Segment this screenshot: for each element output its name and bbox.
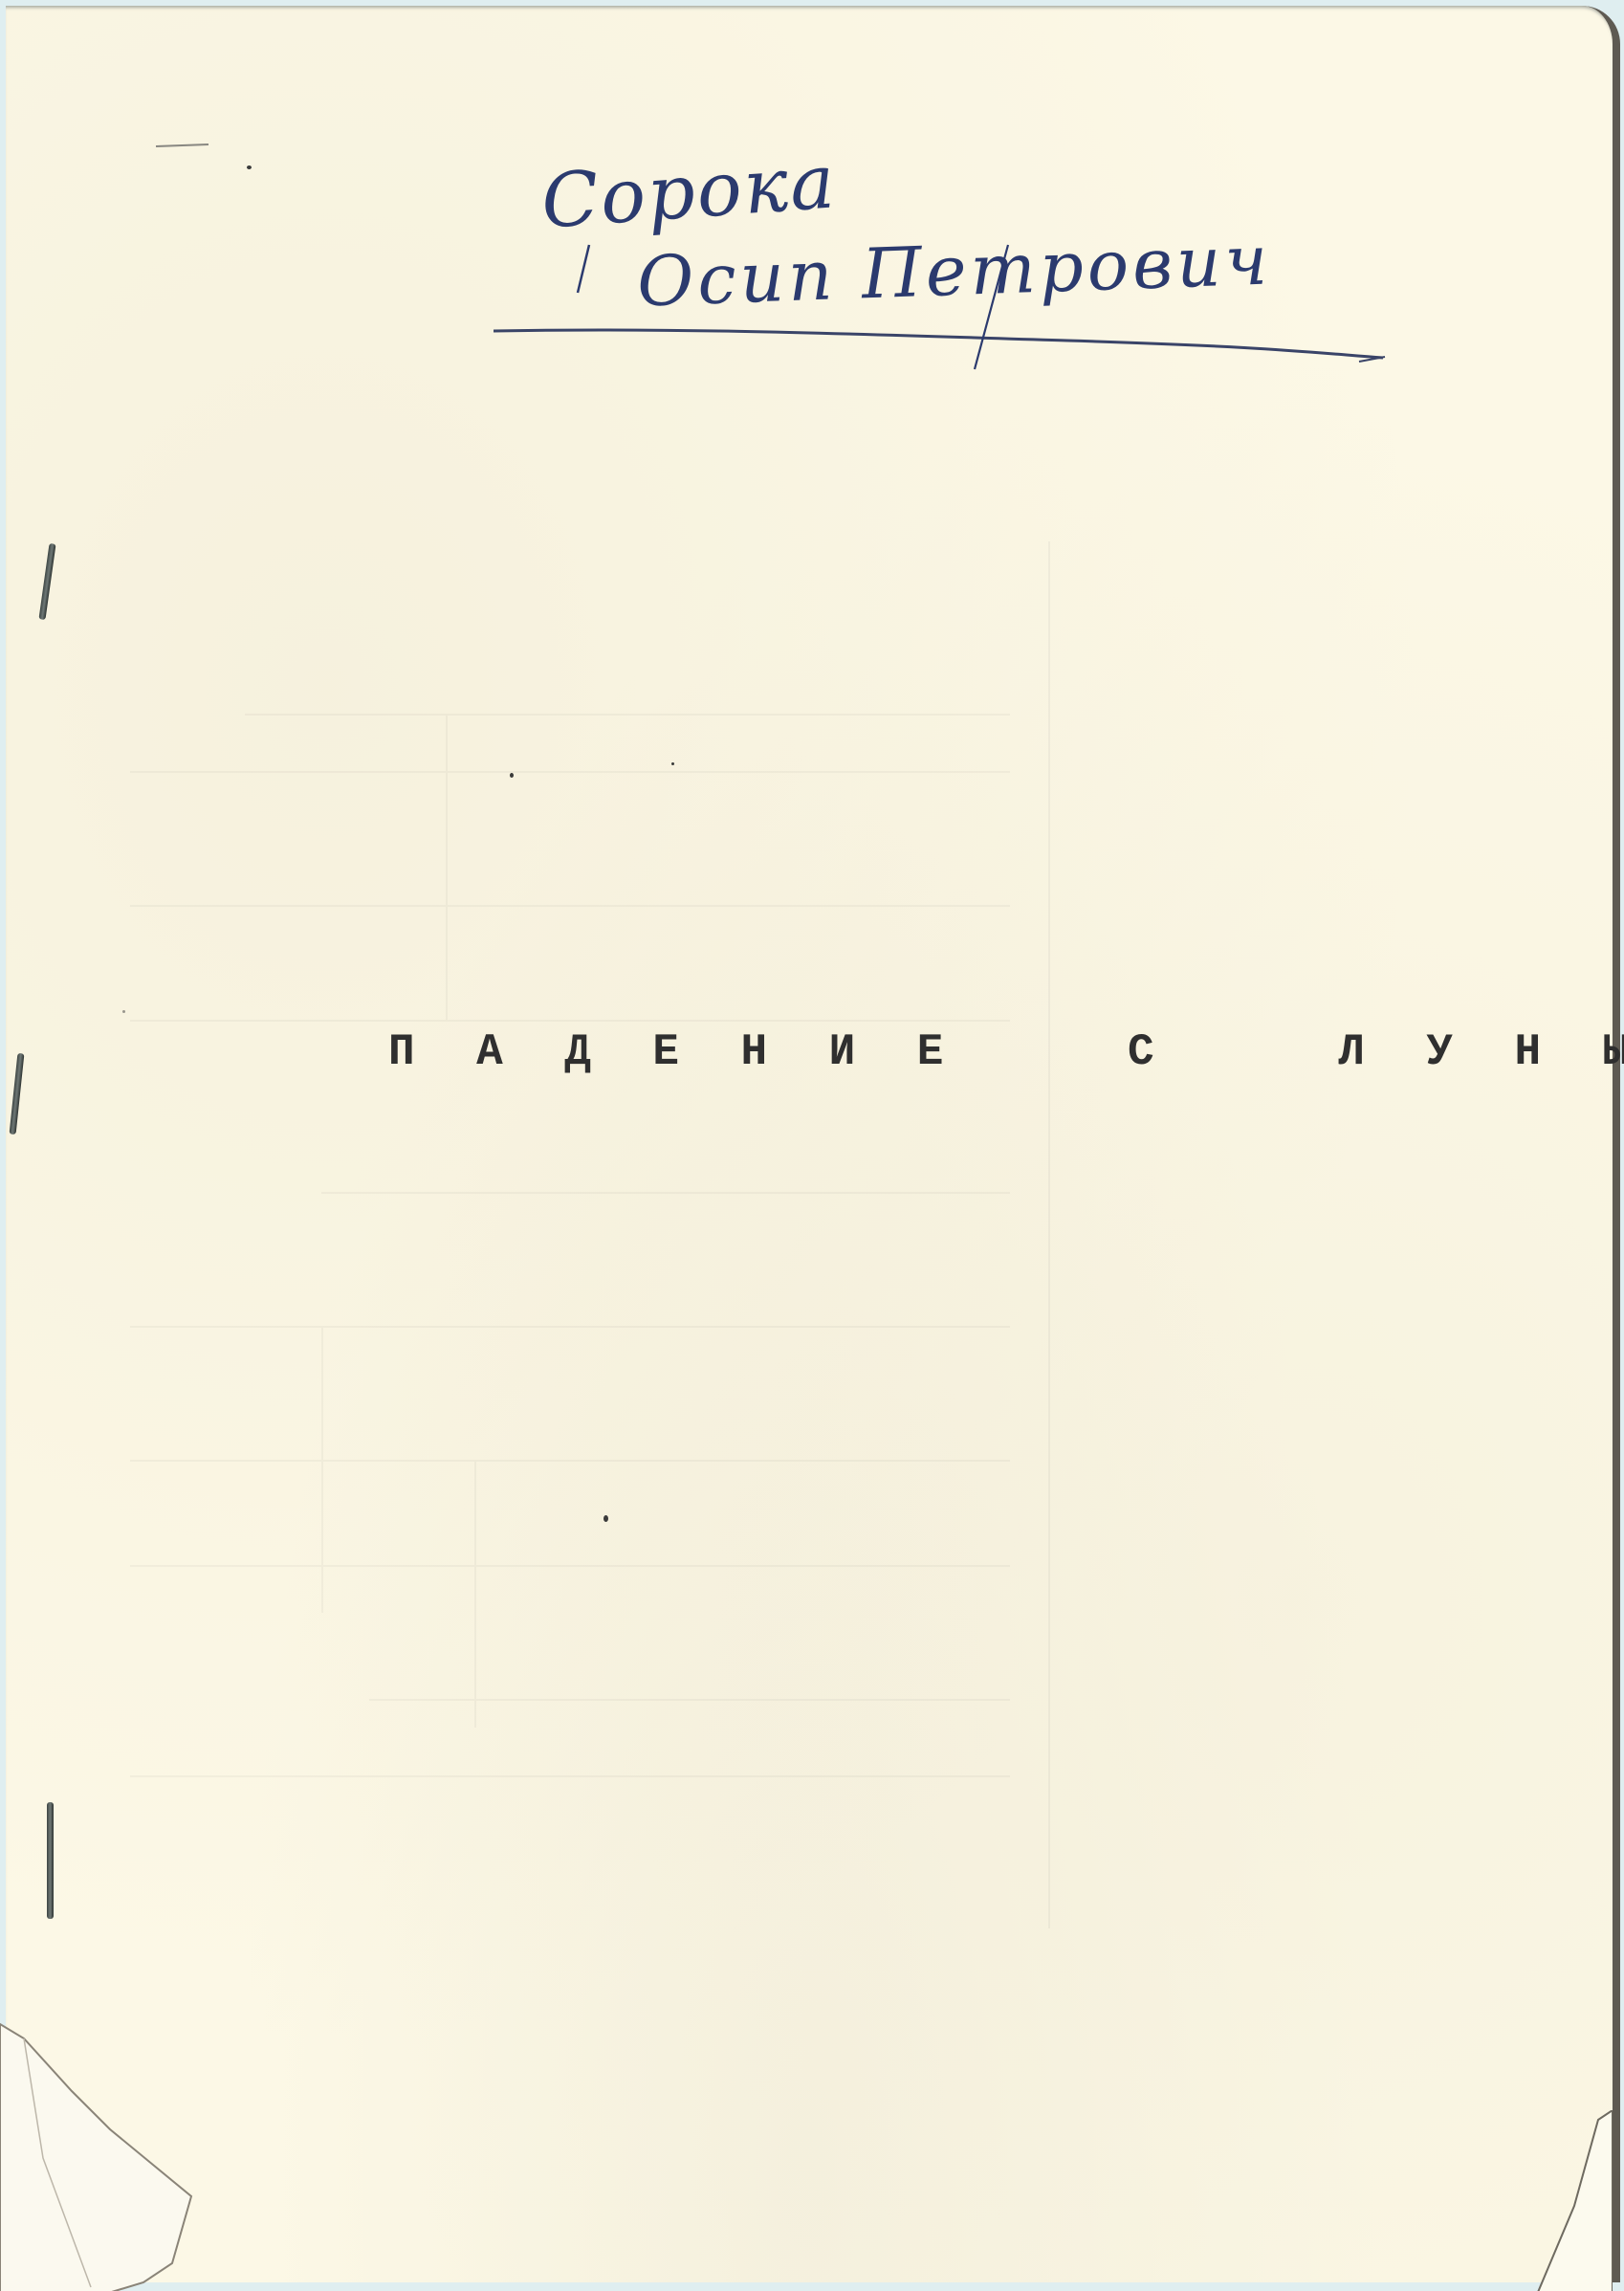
document-page: Сорока Осип Петрович П А Д Е Н И Е С Л У… bbox=[6, 6, 1620, 2282]
ink-speck bbox=[604, 1515, 608, 1522]
inscription-underline bbox=[494, 149, 1393, 379]
stray-pencil-mark bbox=[156, 143, 208, 147]
document-title: П А Д Е Н И Е С Л У Н Ы bbox=[388, 1027, 1249, 1077]
ink-speck bbox=[510, 773, 514, 778]
torn-corner-bottom-right bbox=[1479, 2110, 1613, 2291]
torn-corner-bottom-left bbox=[0, 2015, 210, 2291]
staple-middle bbox=[10, 1053, 25, 1134]
ink-speck bbox=[671, 762, 674, 765]
bleed-through-table bbox=[130, 503, 1010, 1919]
bleed-through-divider bbox=[1048, 541, 1050, 1928]
ink-speck bbox=[122, 1010, 125, 1013]
ink-speck bbox=[247, 165, 252, 169]
handwritten-inscription: Сорока Осип Петрович bbox=[494, 149, 1393, 379]
staple-bottom bbox=[47, 1802, 54, 1919]
staple-top bbox=[38, 543, 55, 620]
